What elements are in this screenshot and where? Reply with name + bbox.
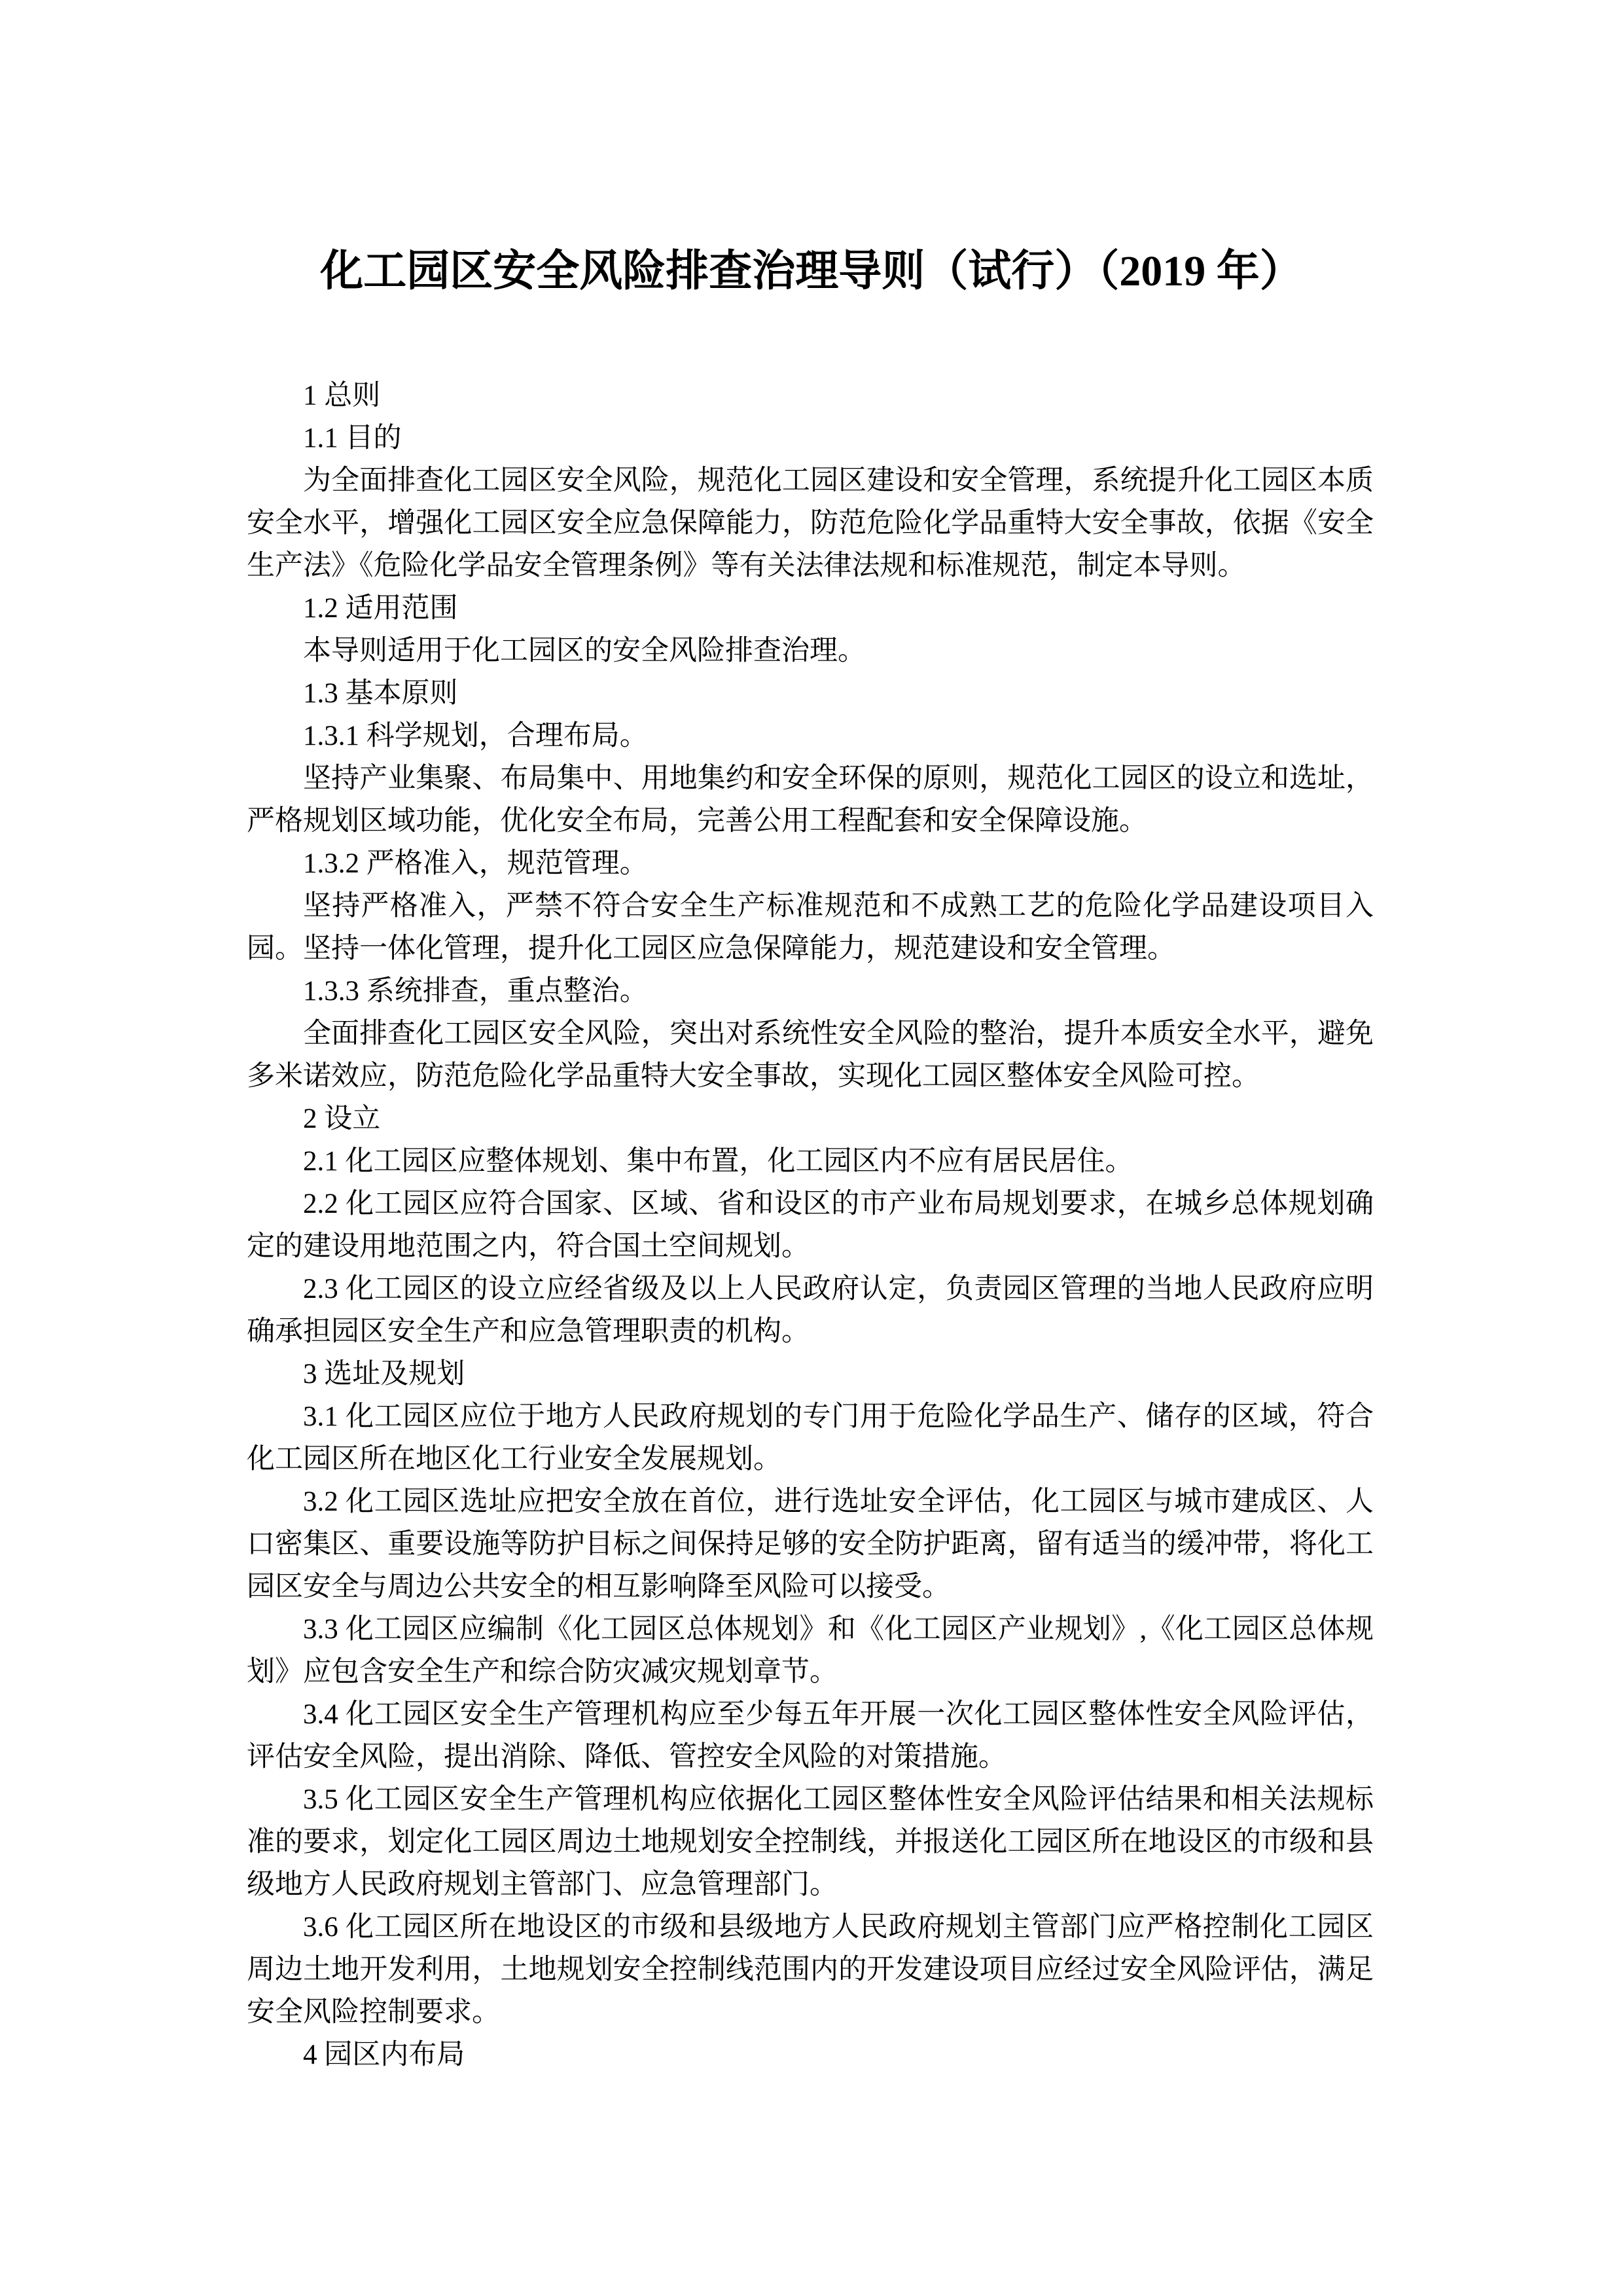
document-paragraph: 1.3.2 严格准入，规范管理。 (247, 842, 1374, 885)
document-paragraph: 本导则适用于化工园区的安全风险排查治理。 (247, 630, 1374, 672)
document-paragraph: 2.1 化工园区应整体规划、集中布置，化工园区内不应有居民居住。 (247, 1140, 1374, 1183)
document-paragraph: 3.5 化工园区安全生产管理机构应依据化工园区整体性安全风险评估结果和相关法规标… (247, 1778, 1374, 1906)
document-body: 1 总则1.1 目的为全面排查化工园区安全风险，规范化工园区建设和安全管理，系统… (247, 374, 1374, 2076)
document-paragraph: 1.1 目的 (247, 417, 1374, 459)
document-paragraph: 3.6 化工园区所在地设区的市级和县级地方人民政府规划主管部门应严格控制化工园区… (247, 1906, 1374, 2034)
document-paragraph: 1 总则 (247, 374, 1374, 417)
document-paragraph: 3.1 化工园区应位于地方人民政府规划的专门用于危险化学品生产、储存的区域，符合… (247, 1395, 1374, 1480)
document-paragraph: 1.2 适用范围 (247, 587, 1374, 630)
document-paragraph: 坚持产业集聚、布局集中、用地集约和安全环保的原则，规范化工园区的设立和选址，严格… (247, 757, 1374, 842)
document-paragraph: 2 设立 (247, 1098, 1374, 1140)
document-paragraph: 2.2 化工园区应符合国家、区域、省和设区的市产业布局规划要求，在城乡总体规划确… (247, 1183, 1374, 1268)
document-paragraph: 1.3.1 科学规划，合理布局。 (247, 715, 1374, 757)
document-paragraph: 3.3 化工园区应编制《化工园区总体规划》和《化工园区产业规划》,《化工园区总体… (247, 1608, 1374, 1693)
document-paragraph: 3.2 化工园区选址应把安全放在首位，进行选址安全评估，化工园区与城市建成区、人… (247, 1480, 1374, 1608)
document-paragraph: 为全面排查化工园区安全风险，规范化工园区建设和安全管理，系统提升化工园区本质安全… (247, 459, 1374, 587)
document-paragraph: 全面排查化工园区安全风险，突出对系统性安全风险的整治，提升本质安全水平，避免多米… (247, 1013, 1374, 1098)
document-paragraph: 坚持严格准入，严禁不符合安全生产标准规范和不成熟工艺的危险化学品建设项目入园。坚… (247, 885, 1374, 970)
document-page: 化工园区安全风险排查治理导则（试行）（2019 年） 1 总则1.1 目的为全面… (0, 0, 1623, 2296)
document-paragraph: 3 选址及规划 (247, 1353, 1374, 1395)
document-paragraph: 4 园区内布局 (247, 2034, 1374, 2076)
document-paragraph: 3.4 化工园区安全生产管理机构应至少每五年开展一次化工园区整体性安全风险评估，… (247, 1693, 1374, 1778)
document-paragraph: 2.3 化工园区的设立应经省级及以上人民政府认定，负责园区管理的当地人民政府应明… (247, 1268, 1374, 1353)
document-paragraph: 1.3 基本原则 (247, 672, 1374, 715)
document-title: 化工园区安全风险排查治理导则（试行）（2019 年） (0, 239, 1623, 304)
document-paragraph: 1.3.3 系统排查，重点整治。 (247, 970, 1374, 1013)
